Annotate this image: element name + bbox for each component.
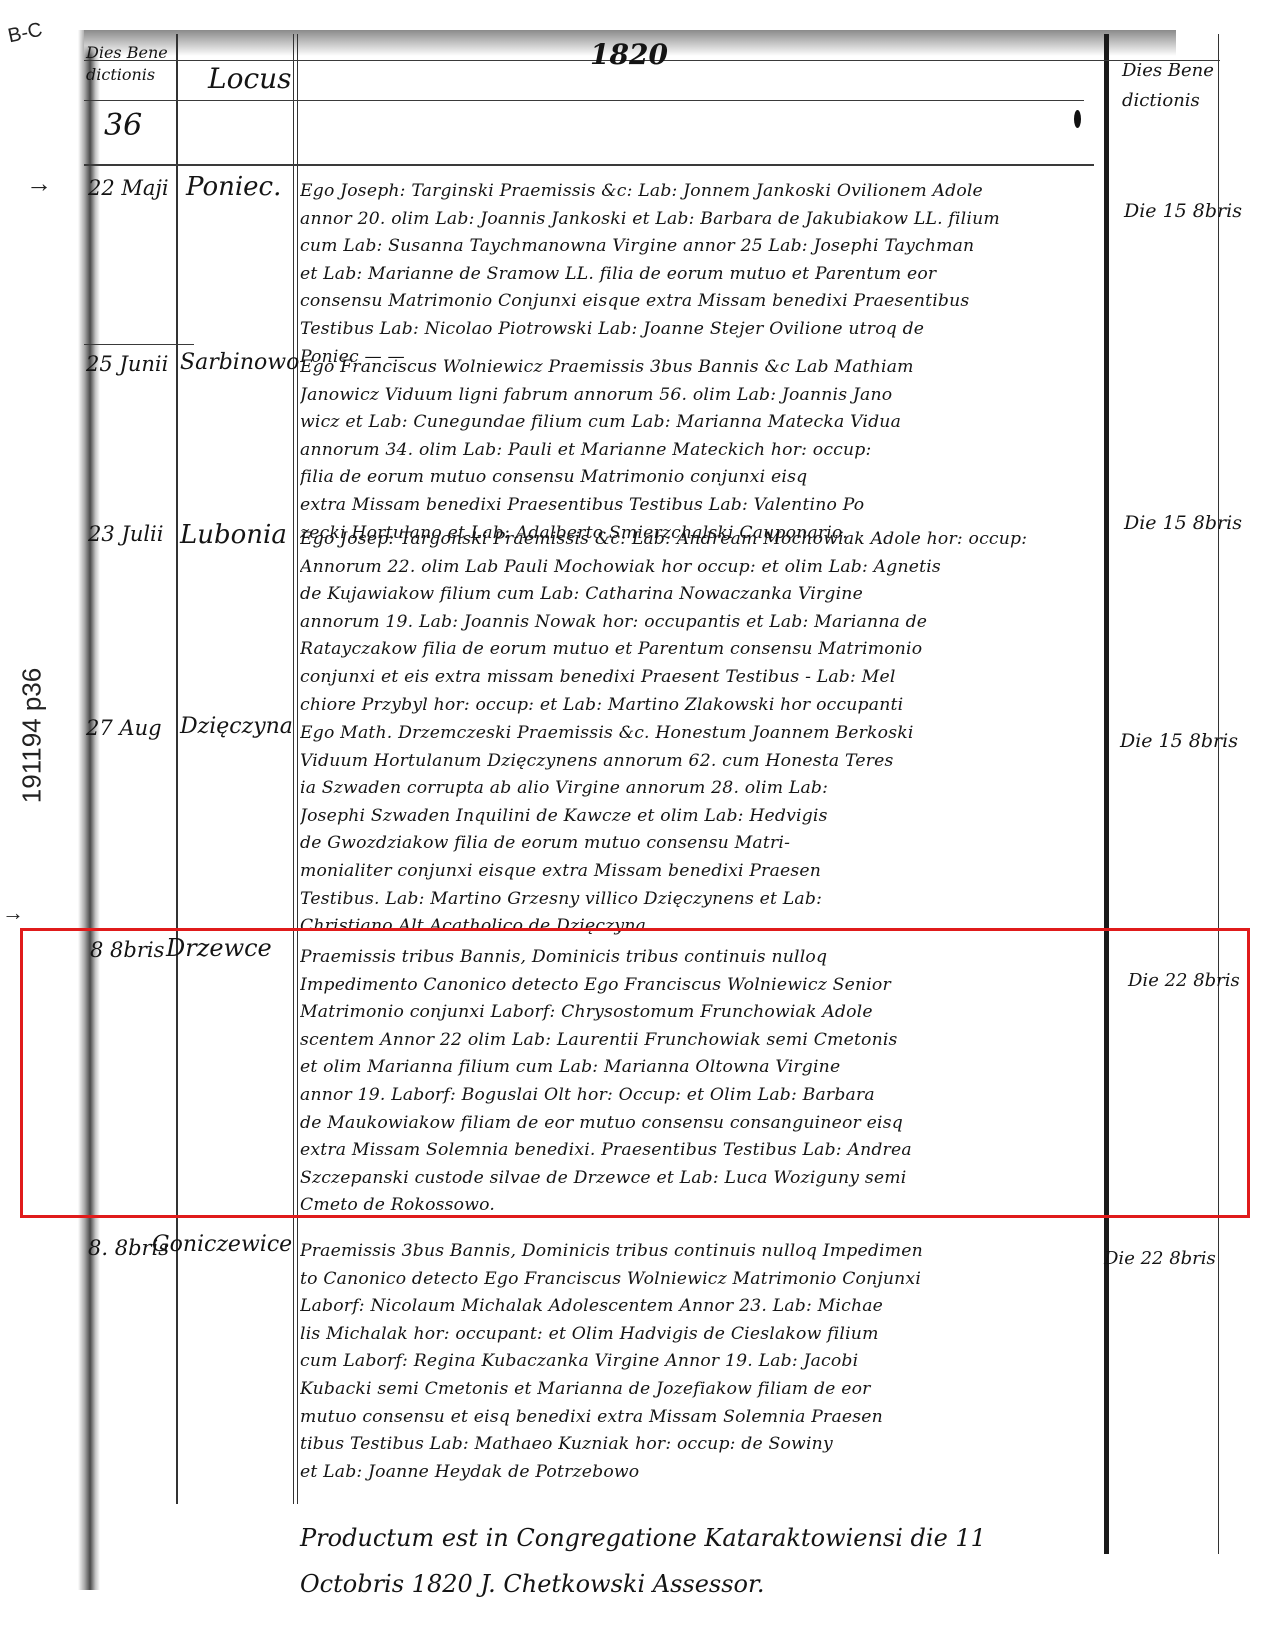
entry-text: Ego Franciscus Wolniewicz Praemissis 3bu… [300, 354, 1045, 547]
entry-locus: Lubonia [180, 520, 287, 550]
entry-locus: Drzewce [166, 934, 272, 962]
arrow-icon: → [2, 900, 24, 926]
arrow-icon: → [26, 168, 52, 199]
attestation-line-1: Productum est in Congregatione Katarakto… [300, 1524, 986, 1552]
entry-text: Ego Math. Drzemczeski Praemissis &c. Hon… [300, 720, 1045, 941]
header-rule [84, 164, 1094, 166]
attestation-line-2: Octobris 1820 J. Chetkowski Assessor. [300, 1570, 764, 1598]
entry-divider [84, 344, 194, 345]
ink-blot [1074, 110, 1081, 128]
column-divider [1104, 34, 1109, 1554]
header-rule [84, 100, 1084, 101]
entry-locus: Dzięczyna [180, 714, 293, 739]
entry-date: 22 Maji [88, 176, 169, 200]
column-divider [176, 34, 178, 1504]
entry-date: 27 Aug [86, 716, 162, 740]
header-date-column: Dies Bene dictionis [86, 42, 172, 86]
header-right-column: Dies Bene dictionis [1122, 56, 1218, 116]
entry-locus: Sarbinowo [180, 350, 299, 375]
header-locus-column: Locus [208, 62, 292, 95]
margin-note-reference: 191194 p36 [17, 656, 48, 816]
page-binding-shadow [78, 30, 100, 1590]
entry-text: Ego Joseph: Targinski Praemissis &c: Lab… [300, 178, 1045, 371]
entry-date: 8 8bris [90, 938, 164, 962]
entry-text: Ego Josep: Targonski Praemissis &c: Lab:… [300, 526, 1045, 719]
column-divider [293, 34, 294, 1504]
column-divider [1218, 34, 1219, 1554]
entry-benediction-date: Die 15 8bris [1120, 730, 1238, 752]
entry-date: 25 Junii [86, 352, 168, 376]
header-page-number: 36 [104, 108, 142, 143]
entry-text: Praemissis 3bus Bannis, Dominicis tribus… [300, 1238, 1045, 1486]
header-year: 1820 [590, 38, 668, 71]
entry-benediction-date: Die 22 8bris [1104, 1248, 1216, 1269]
entry-benediction-date: Die 15 8bris [1124, 200, 1242, 222]
column-divider [297, 34, 298, 1504]
entry-text: Praemissis tribus Bannis, Dominicis trib… [300, 944, 1045, 1220]
entry-locus: Poniec. [186, 172, 281, 202]
entry-date: 23 Julii [88, 522, 164, 546]
margin-note-top-left: B-C [6, 19, 44, 49]
entry-benediction-date: Die 22 8bris [1128, 970, 1240, 991]
entry-locus: Goniczewice [152, 1232, 292, 1257]
entry-benediction-date: Die 15 8bris [1124, 512, 1242, 534]
